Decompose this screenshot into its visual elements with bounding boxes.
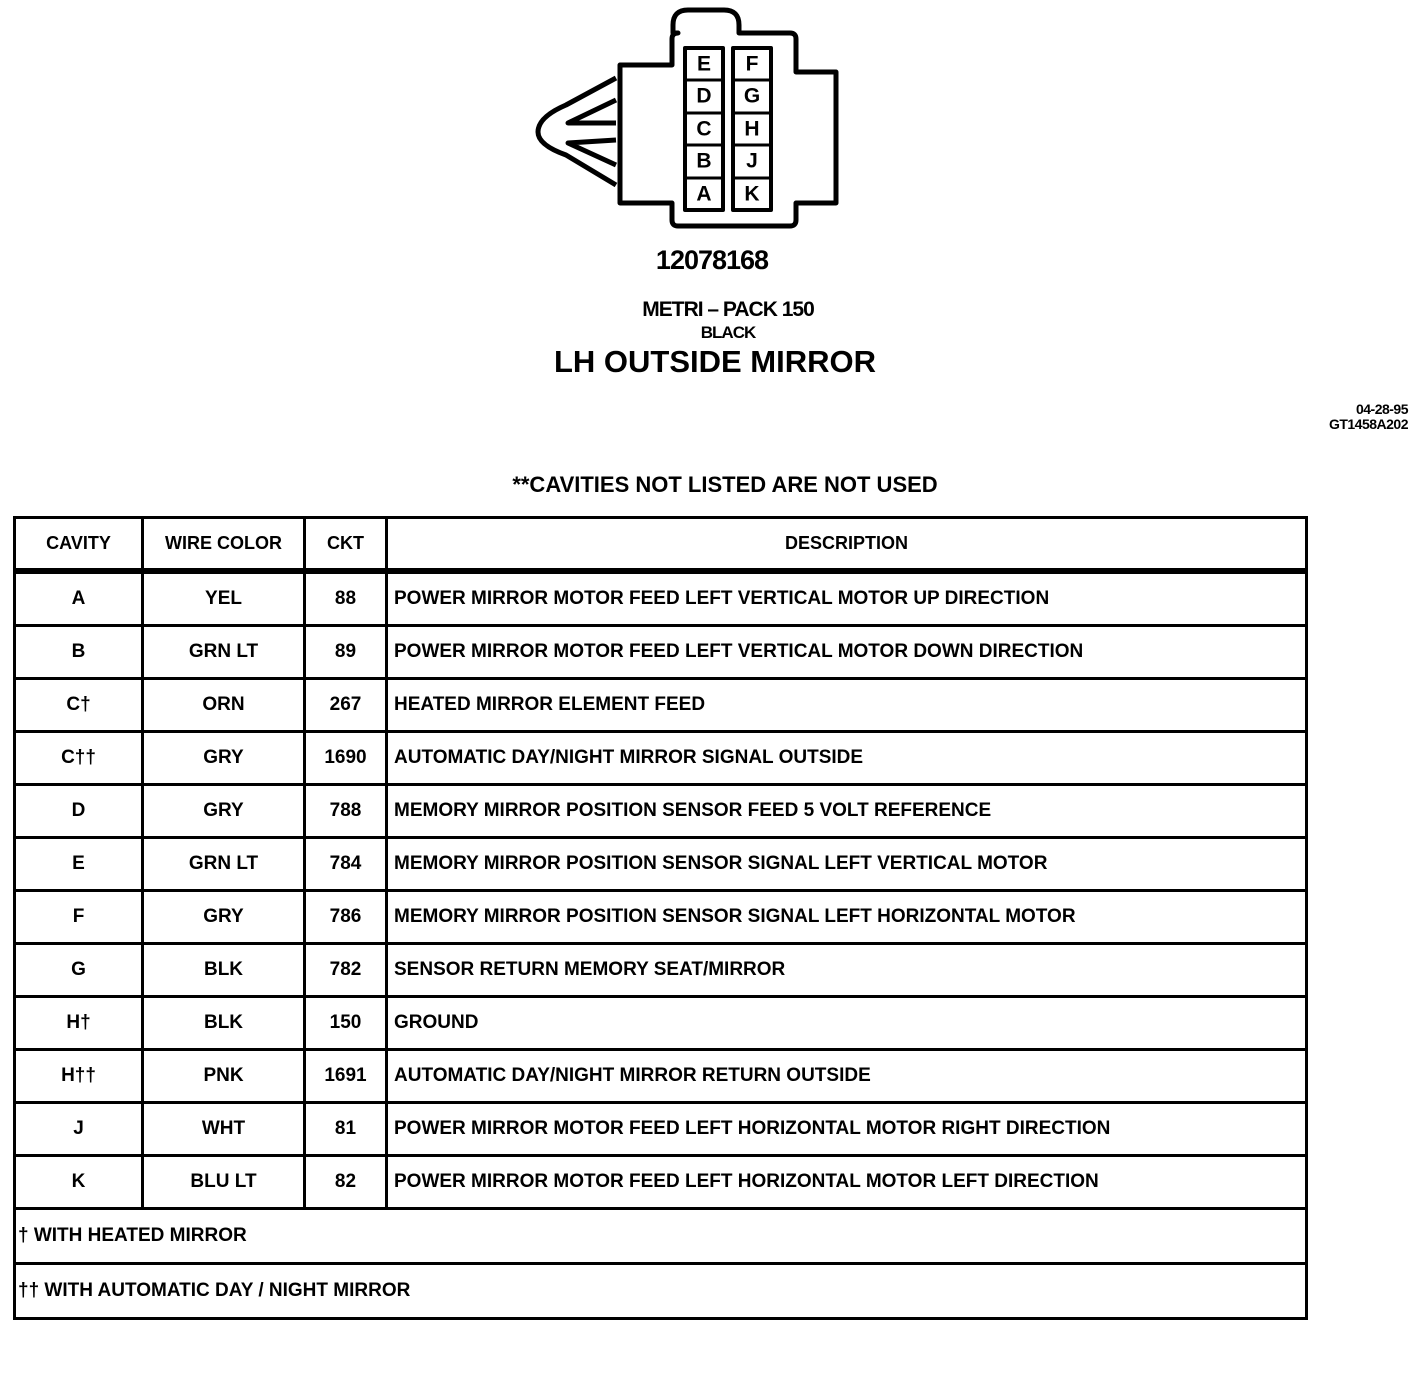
table-row: EGRN LT784MEMORY MIRROR POSITION SENSOR … bbox=[15, 838, 1307, 891]
footnote: †† WITH AUTOMATIC DAY / NIGHT MIRROR bbox=[15, 1264, 1307, 1319]
table-row: H††PNK1691AUTOMATIC DAY/NIGHT MIRROR RET… bbox=[15, 1050, 1307, 1103]
connector-pin-label: C bbox=[696, 118, 711, 141]
circuit-number-cell: 81 bbox=[305, 1103, 387, 1156]
wire-color-cell: GRN LT bbox=[143, 626, 305, 679]
description-cell: AUTOMATIC DAY/NIGHT MIRROR RETURN OUTSID… bbox=[387, 1050, 1307, 1103]
wire-color-cell: YEL bbox=[143, 571, 305, 626]
description-cell: MEMORY MIRROR POSITION SENSOR FEED 5 VOL… bbox=[387, 785, 1307, 838]
table-row: AYEL88POWER MIRROR MOTOR FEED LEFT VERTI… bbox=[15, 571, 1307, 626]
column-header-wire-color: WIRE COLOR bbox=[143, 518, 305, 572]
drawing-date: 04-28-95 bbox=[1329, 402, 1408, 417]
cavity-cell: A bbox=[15, 571, 143, 626]
circuit-number-cell: 267 bbox=[305, 679, 387, 732]
wire-color-cell: BLK bbox=[143, 944, 305, 997]
drawing-reference: 04-28-95 GT1458A202 bbox=[1329, 402, 1408, 432]
description-cell: AUTOMATIC DAY/NIGHT MIRROR SIGNAL OUTSID… bbox=[387, 732, 1307, 785]
connector-pin-label: D bbox=[696, 85, 711, 108]
wire-color-cell: PNK bbox=[143, 1050, 305, 1103]
description-cell: MEMORY MIRROR POSITION SENSOR SIGNAL LEF… bbox=[387, 838, 1307, 891]
wire-color-cell: WHT bbox=[143, 1103, 305, 1156]
circuit-number-cell: 89 bbox=[305, 626, 387, 679]
description-cell: MEMORY MIRROR POSITION SENSOR SIGNAL LEF… bbox=[387, 891, 1307, 944]
connector-pin-label: A bbox=[696, 183, 711, 206]
part-number: 12078168 bbox=[0, 245, 1424, 276]
description-cell: POWER MIRROR MOTOR FEED LEFT HORIZONTAL … bbox=[387, 1156, 1307, 1209]
table-row: C††GRY1690AUTOMATIC DAY/NIGHT MIRROR SIG… bbox=[15, 732, 1307, 785]
cavity-cell: F bbox=[15, 891, 143, 944]
wire-color-cell: GRY bbox=[143, 891, 305, 944]
wire-color-cell: GRY bbox=[143, 785, 305, 838]
connector-series: METRI – PACK 150 bbox=[0, 298, 1424, 322]
wire-color-cell: BLU LT bbox=[143, 1156, 305, 1209]
table-row: BGRN LT89POWER MIRROR MOTOR FEED LEFT VE… bbox=[15, 626, 1307, 679]
cavity-cell: C†† bbox=[15, 732, 143, 785]
table-row: KBLU LT82POWER MIRROR MOTOR FEED LEFT HO… bbox=[15, 1156, 1307, 1209]
circuit-number-cell: 786 bbox=[305, 891, 387, 944]
description-cell: POWER MIRROR MOTOR FEED LEFT VERTICAL MO… bbox=[387, 571, 1307, 626]
circuit-number-cell: 788 bbox=[305, 785, 387, 838]
circuit-number-cell: 82 bbox=[305, 1156, 387, 1209]
table-row: FGRY786MEMORY MIRROR POSITION SENSOR SIG… bbox=[15, 891, 1307, 944]
wire-color-cell: ORN bbox=[143, 679, 305, 732]
connector-pin-label: E bbox=[697, 53, 711, 76]
table-row: H†BLK150GROUND bbox=[15, 997, 1307, 1050]
connector-face-diagram: EDCBAFGHJK bbox=[528, 5, 848, 230]
cavity-cell: J bbox=[15, 1103, 143, 1156]
cavity-cell: D bbox=[15, 785, 143, 838]
connector-pin-label: J bbox=[746, 150, 758, 173]
cavity-cell: K bbox=[15, 1156, 143, 1209]
page-title: LH OUTSIDE MIRROR bbox=[0, 344, 1424, 380]
table-row: GBLK782SENSOR RETURN MEMORY SEAT/MIRROR bbox=[15, 944, 1307, 997]
wire-color-cell: GRY bbox=[143, 732, 305, 785]
table-header-row: CAVITY WIRE COLOR CKT DESCRIPTION bbox=[15, 518, 1307, 572]
cavity-cell: C† bbox=[15, 679, 143, 732]
pinout-table: CAVITY WIRE COLOR CKT DESCRIPTION AYEL88… bbox=[13, 516, 1308, 1320]
column-header-cavity: CAVITY bbox=[15, 518, 143, 572]
description-cell: SENSOR RETURN MEMORY SEAT/MIRROR bbox=[387, 944, 1307, 997]
column-header-description: DESCRIPTION bbox=[387, 518, 1307, 572]
description-cell: POWER MIRROR MOTOR FEED LEFT VERTICAL MO… bbox=[387, 626, 1307, 679]
circuit-number-cell: 1690 bbox=[305, 732, 387, 785]
wire-color-cell: GRN LT bbox=[143, 838, 305, 891]
description-cell: HEATED MIRROR ELEMENT FEED bbox=[387, 679, 1307, 732]
connector-pin-label: F bbox=[746, 53, 759, 76]
description-cell: POWER MIRROR MOTOR FEED LEFT HORIZONTAL … bbox=[387, 1103, 1307, 1156]
connector-pin-label: B bbox=[696, 150, 711, 173]
cavity-cell: B bbox=[15, 626, 143, 679]
cavity-cell: E bbox=[15, 838, 143, 891]
circuit-number-cell: 150 bbox=[305, 997, 387, 1050]
cavity-cell: G bbox=[15, 944, 143, 997]
circuit-number-cell: 1691 bbox=[305, 1050, 387, 1103]
drawing-id: GT1458A202 bbox=[1329, 417, 1408, 432]
footnote-row: † WITH HEATED MIRROR bbox=[15, 1209, 1307, 1264]
connector-pin-label: H bbox=[744, 118, 759, 141]
cavity-cell: H† bbox=[15, 997, 143, 1050]
wire-color-cell: BLK bbox=[143, 997, 305, 1050]
connector-color: BLACK bbox=[0, 323, 1424, 343]
circuit-number-cell: 88 bbox=[305, 571, 387, 626]
connector-pin-label: K bbox=[744, 183, 759, 206]
footnote: † WITH HEATED MIRROR bbox=[15, 1209, 1307, 1264]
connector-pin-label: G bbox=[744, 85, 760, 108]
column-header-ckt: CKT bbox=[305, 518, 387, 572]
circuit-number-cell: 784 bbox=[305, 838, 387, 891]
table-row: C†ORN267HEATED MIRROR ELEMENT FEED bbox=[15, 679, 1307, 732]
unused-cavities-note: **CAVITIES NOT LISTED ARE NOT USED bbox=[0, 472, 1424, 498]
circuit-number-cell: 782 bbox=[305, 944, 387, 997]
cavity-cell: H†† bbox=[15, 1050, 143, 1103]
table-row: JWHT81POWER MIRROR MOTOR FEED LEFT HORIZ… bbox=[15, 1103, 1307, 1156]
description-cell: GROUND bbox=[387, 997, 1307, 1050]
table-row: DGRY788MEMORY MIRROR POSITION SENSOR FEE… bbox=[15, 785, 1307, 838]
footnote-row: †† WITH AUTOMATIC DAY / NIGHT MIRROR bbox=[15, 1264, 1307, 1319]
